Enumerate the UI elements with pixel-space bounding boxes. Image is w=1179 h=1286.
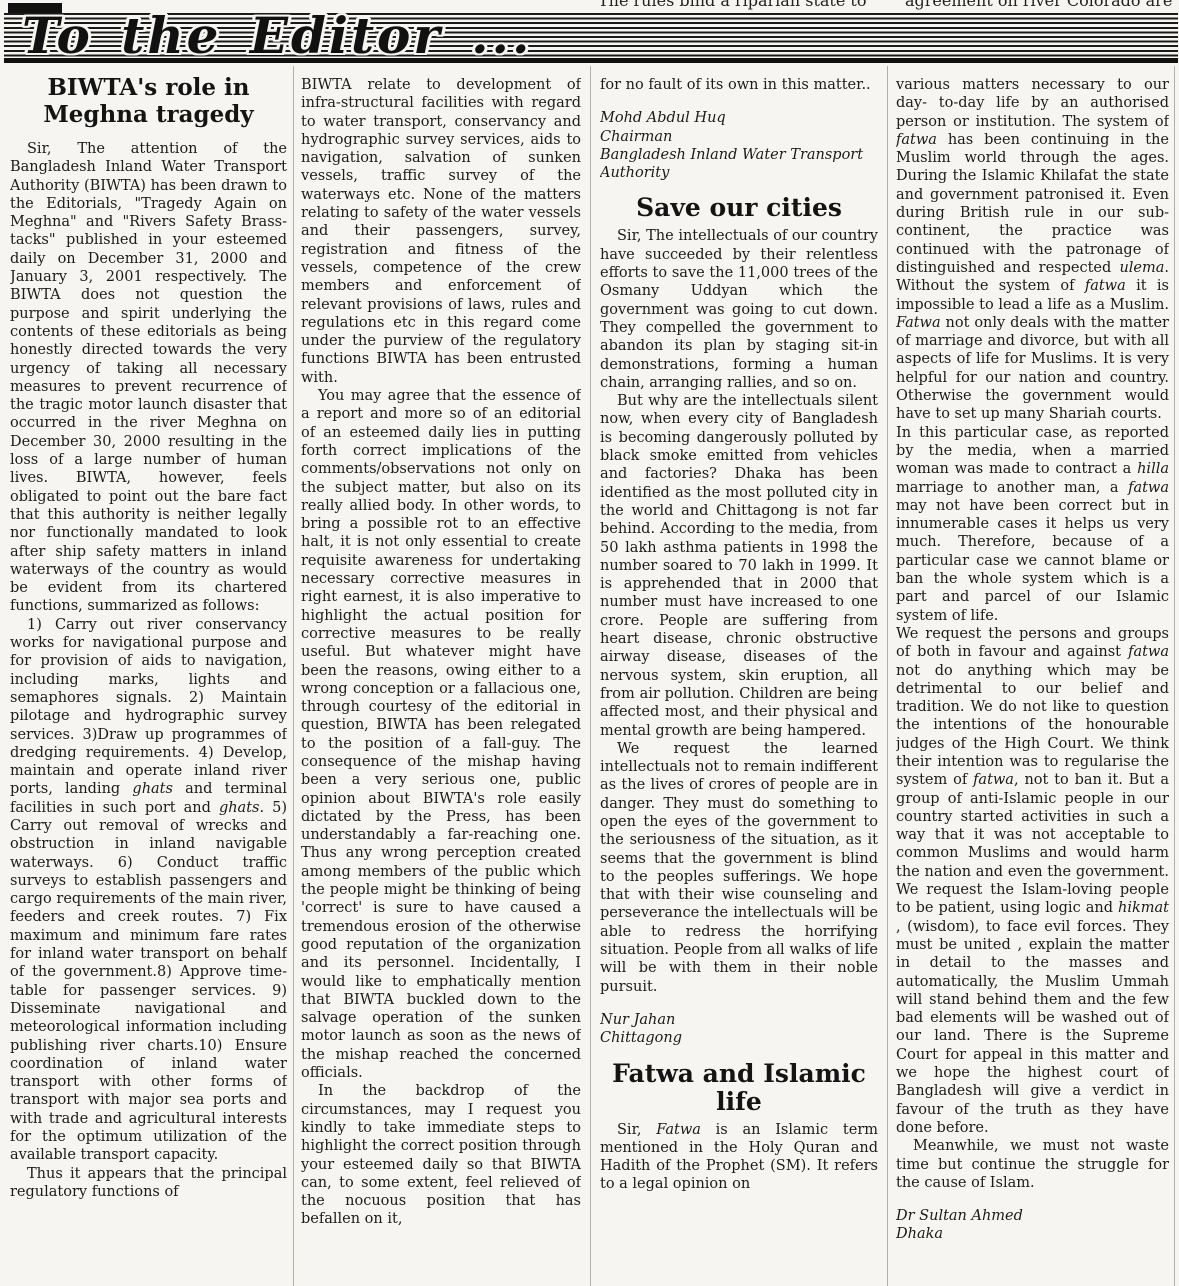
paragraph: But why are the intellectuals silent now… bbox=[600, 392, 878, 740]
signature-biwta: Mohd Abdul HuqChairmanBangladesh Inland … bbox=[600, 109, 878, 182]
paragraph: You may agree that the essence of a repo… bbox=[301, 387, 581, 1082]
column-divider bbox=[590, 66, 591, 1286]
signature-fatwa: Dr Sultan AhmedDhaka bbox=[896, 1207, 1169, 1244]
column-4: various matters necessary to our day- to… bbox=[896, 70, 1169, 1286]
signature-line: Dhaka bbox=[896, 1225, 1169, 1243]
paragraph: We request the persons and groups of bot… bbox=[896, 625, 1169, 1137]
paragraph: Thus it appears that the principal regul… bbox=[10, 1165, 287, 1202]
signature-line: Dr Sultan Ahmed bbox=[896, 1207, 1169, 1225]
signature-line: Nur Jahan bbox=[600, 1011, 878, 1029]
signature-line: Chairman bbox=[600, 128, 878, 146]
signature-save-our-cities: Nur JahanChittagong bbox=[600, 1011, 878, 1048]
letter-title-biwta: BIWTA's role inMeghna tragedy bbox=[10, 74, 287, 128]
column-1: BIWTA's role inMeghna tragedySir, The at… bbox=[10, 70, 287, 1286]
letter-title-fatwa: Fatwa and Islamiclife bbox=[600, 1060, 878, 1116]
paragraph: Sir, Fatwa is an Islamic term mentioned … bbox=[600, 1121, 878, 1194]
top-cutoff-text-left: The rules bind a riparian state to bbox=[598, 0, 866, 10]
paragraph: for no fault of its own in this matter.. bbox=[600, 76, 878, 94]
top-cutoff-text-right: agreement on river Colorado are bbox=[905, 0, 1172, 10]
paragraph: Sir, The attention of the Bangladesh Inl… bbox=[10, 140, 287, 616]
column-divider bbox=[293, 66, 294, 1286]
paragraph: various matters necessary to our day- to… bbox=[896, 76, 1169, 424]
columns-container: BIWTA's role inMeghna tragedySir, The at… bbox=[0, 70, 1179, 1286]
section-title: To the Editor ... bbox=[22, 6, 532, 65]
paragraph: BIWTA relate to development of infra-str… bbox=[301, 76, 581, 387]
column-divider bbox=[1174, 66, 1175, 1286]
paragraph: 1) Carry out river conservancy works for… bbox=[10, 616, 287, 1165]
paragraph: We request the learned intellectuals not… bbox=[600, 740, 878, 996]
letter-title-save-our-cities: Save our cities bbox=[600, 194, 878, 222]
paragraph: Sir, The intellectuals of our country ha… bbox=[600, 227, 878, 392]
paragraph: Meanwhile, we must not waste time but co… bbox=[896, 1137, 1169, 1192]
signature-line: Mohd Abdul Huq bbox=[600, 109, 878, 127]
section-banner: To the Editor ... bbox=[4, 13, 1178, 63]
paragraph: In this particular case, as reported by … bbox=[896, 424, 1169, 625]
newspaper-page: The rules bind a riparian state to agree… bbox=[0, 0, 1179, 1286]
column-2: BIWTA relate to development of infra-str… bbox=[301, 70, 581, 1286]
paragraph: In the backdrop of the circumstances, ma… bbox=[301, 1082, 581, 1228]
signature-line: Bangladesh Inland Water Transport Author… bbox=[600, 146, 878, 183]
column-divider bbox=[887, 66, 888, 1286]
column-3: for no fault of its own in this matter..… bbox=[600, 70, 878, 1286]
signature-line: Chittagong bbox=[600, 1029, 878, 1047]
